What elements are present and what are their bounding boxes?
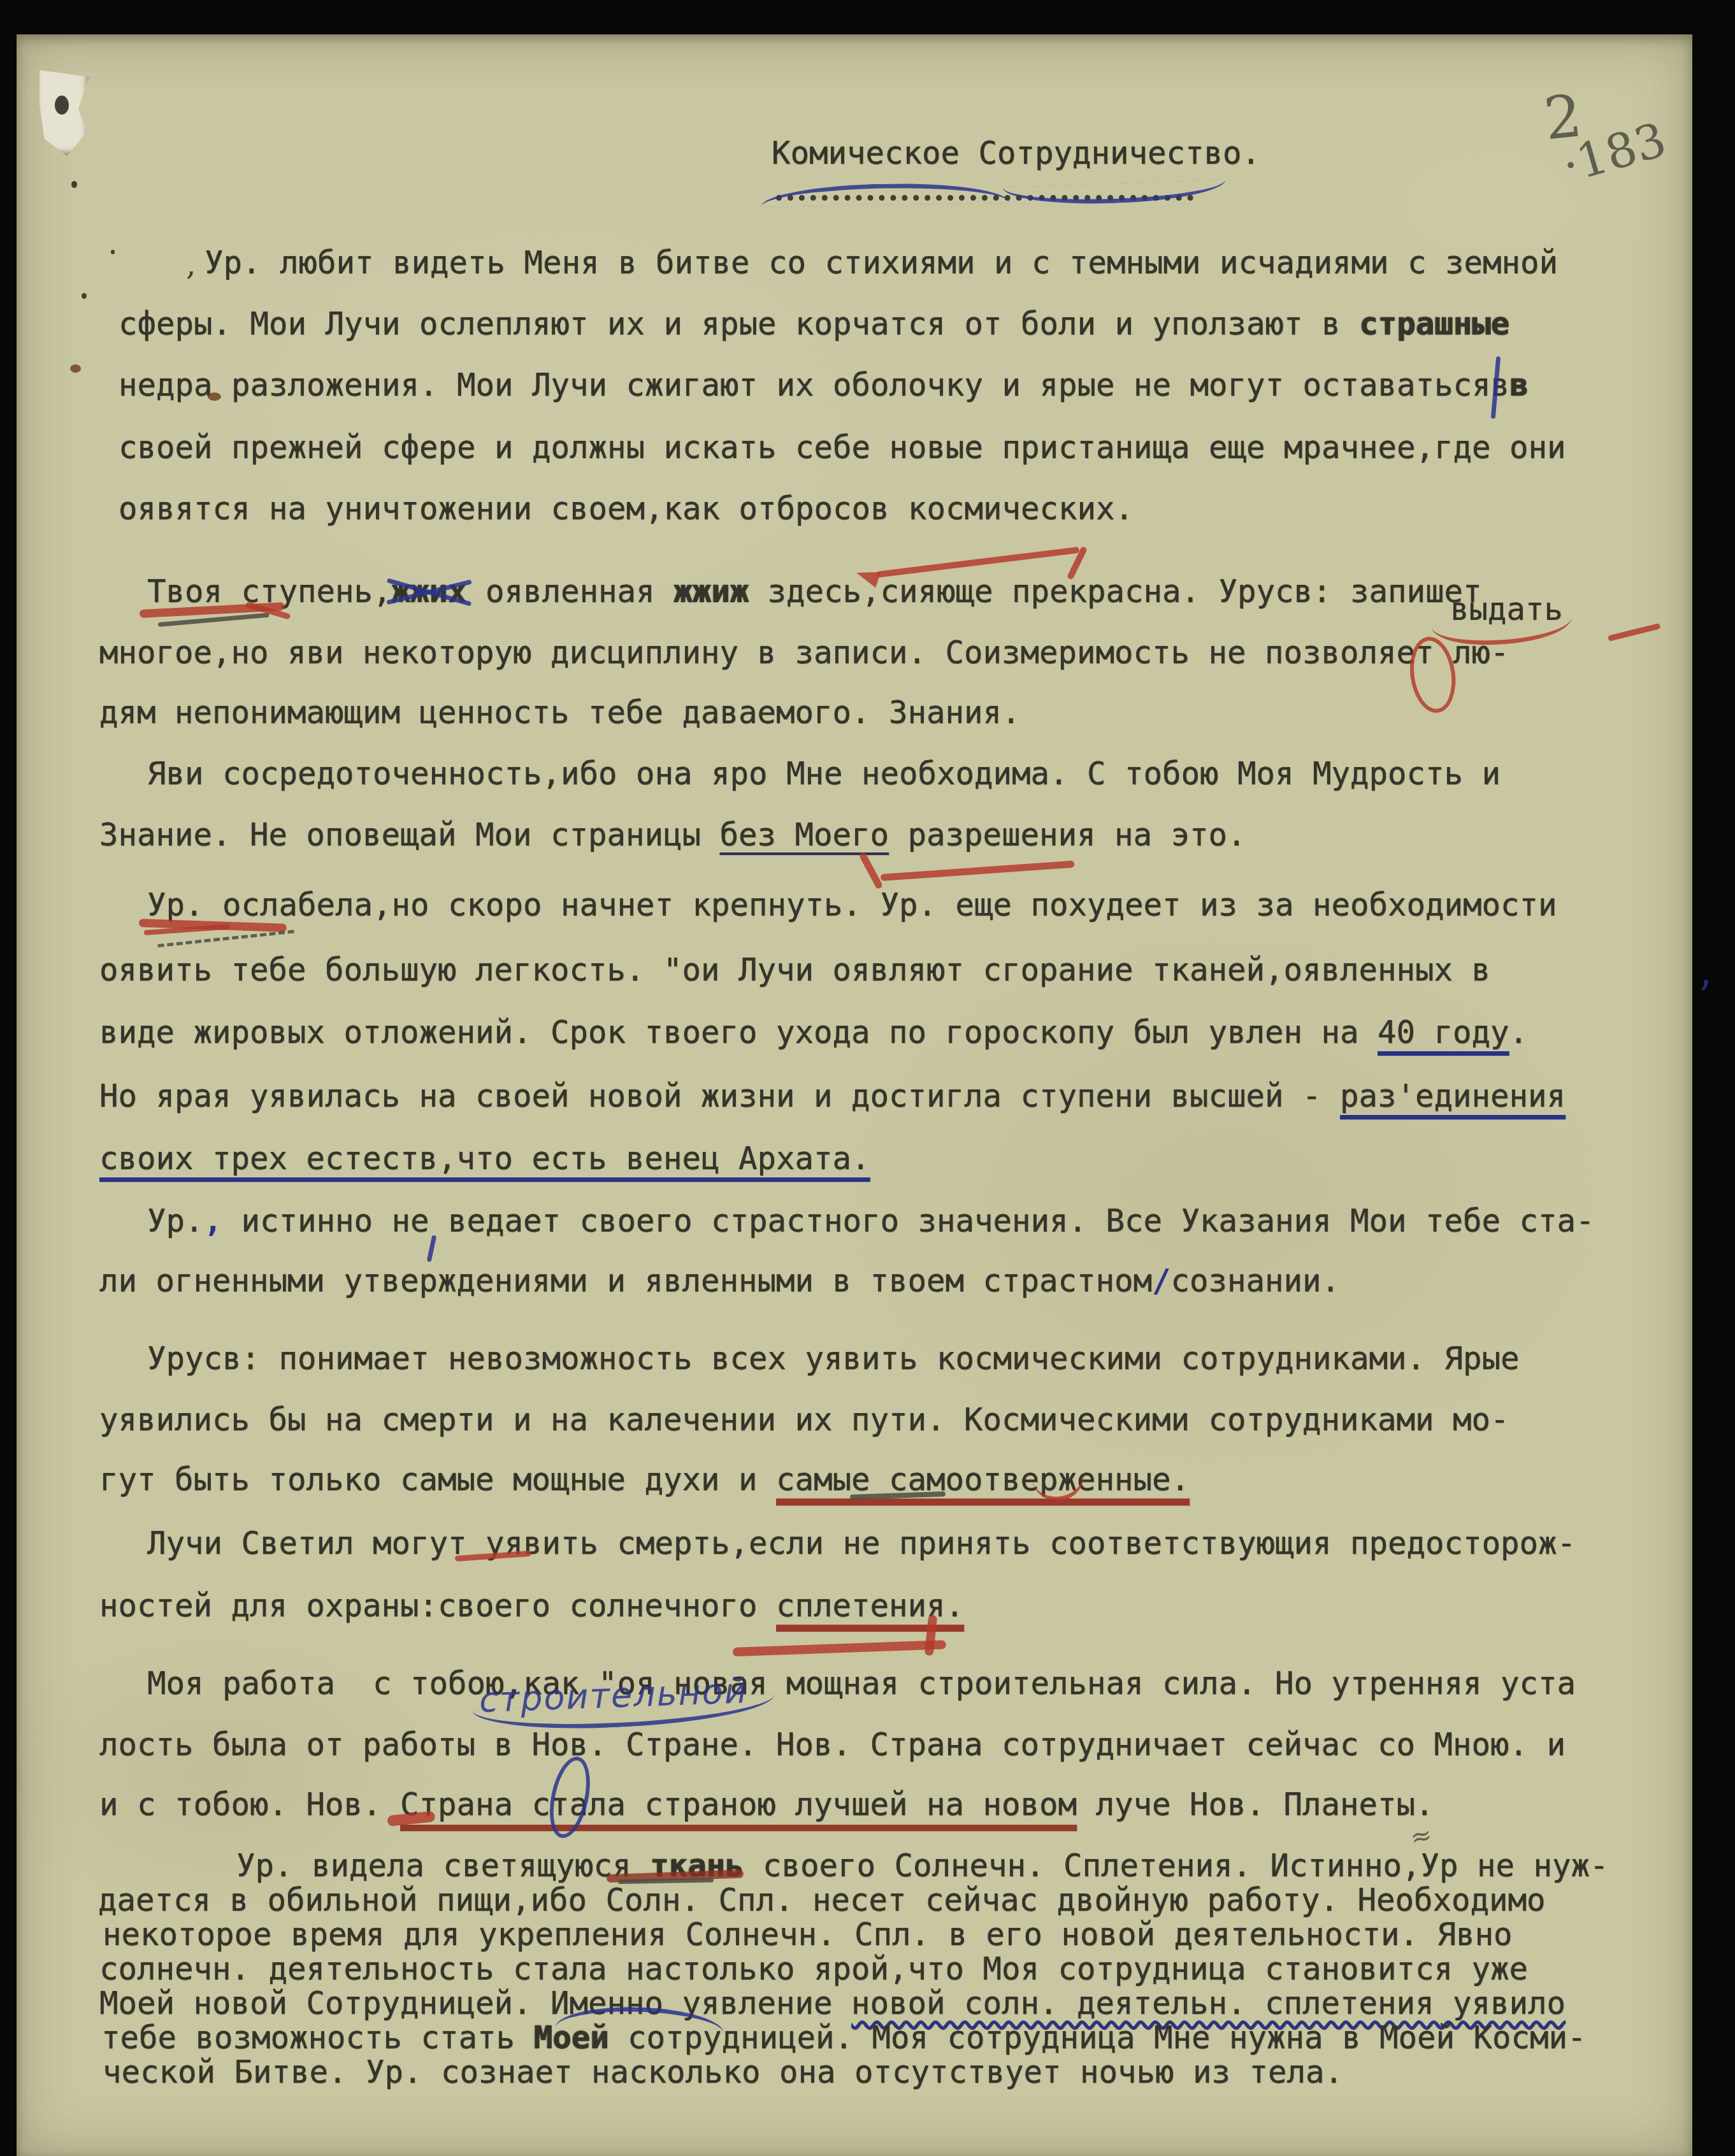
typed-segment-ubthin: без Моего	[720, 817, 889, 853]
typed-line: многое,но яви некоторую дисциплину в зап…	[99, 636, 1509, 670]
blue-comma-margin: ,	[1694, 949, 1713, 992]
paper-speck-5	[111, 250, 115, 254]
typed-line: оявятся на уничтожении своем,как отбросо…	[119, 492, 1134, 526]
typed-line: и с тобою. Нов. Страна стала страною луч…	[99, 1788, 1434, 1822]
typed-segment: Урусв: понимает невозможность всех уявит…	[147, 1340, 1520, 1377]
typed-segment: ческой Битве. Ур. сознает насколько она …	[103, 2054, 1343, 2090]
typed-segment-bi: ,	[204, 1203, 223, 1239]
typed-segment: гут быть только самые мощные духи и	[99, 1462, 776, 1498]
typed-segment: Моя работа с тобою,как "оя новая мощная …	[147, 1665, 1576, 1702]
typed-line: Урусв: понимает невозможность всех уявит…	[147, 1342, 1520, 1376]
typed-line: Моя работа с тобою,как "оя новая мощная …	[147, 1667, 1576, 1701]
red-swoosh-rise	[858, 851, 883, 889]
typed-segment: истинно не ведает своего страстного знач…	[222, 1203, 1595, 1239]
red-swoosh-shaft	[881, 861, 1075, 881]
typed-segment: недра разложения. Мои Лучи сжигают их об…	[119, 367, 1509, 403]
typed-segment: сознании.	[1171, 1263, 1341, 1299]
typed-line: Ур. ослабела,но скоро начнет крепнуть. У…	[147, 888, 1557, 923]
typed-line: Ур., истинно не ведает своего страстного…	[147, 1204, 1595, 1239]
typed-segment: Ур. ослабела,но скоро начнет крепнуть. У…	[147, 887, 1557, 923]
paper-speck-2	[82, 293, 87, 299]
typed-line: недра разложения. Мои Лучи сжигают их об…	[119, 368, 1529, 403]
typed-segment: сотрудницей. Моя сотрудница Мне нужна в …	[609, 2020, 1587, 2056]
typed-line: солнечн. деятельность стала настолько яр…	[99, 1952, 1528, 1987]
typed-line: ли огненными утверждениями и явленными в…	[99, 1264, 1340, 1298]
document-title: Комическое Сотрудничество.	[772, 135, 1260, 171]
typed-line: Знание. Не оповещай Мои страницы без Мое…	[99, 818, 1246, 852]
blue-insert-loop	[543, 1753, 596, 1841]
typed-segment-ub: 40 году	[1378, 1014, 1509, 1051]
red-bracket-bar	[733, 1640, 946, 1657]
typed-segment: Лучи Светил могут уявить смерть,если не …	[147, 1525, 1576, 1562]
typed-line: гут быть только самые мощные духи и самы…	[99, 1463, 1190, 1497]
typed-segment-ub: своих трех естеств,что есть венец Архата…	[99, 1140, 870, 1177]
typed-segment: тебе возможность стать	[101, 2020, 534, 2056]
typed-segment-b: страшные	[1359, 306, 1509, 342]
typed-line: дям непонимающим ценность тебе даваемого…	[99, 696, 1021, 730]
typed-line: ческой Битве. Ур. сознает насколько она …	[103, 2055, 1343, 2090]
typed-segment: дям непонимающим ценность тебе даваемого…	[99, 694, 1021, 731]
typed-segment: Моей новой Сотрудницей. Именно уявление	[99, 1985, 851, 2022]
typed-segment-ubw: новой солн. деятельн. сплетения уявило	[851, 1985, 1566, 2022]
typed-segment: Яви сосредоточенность,ибо она яро Мне не…	[147, 756, 1501, 792]
typed-segment-ur: самые самоотверженные.	[776, 1462, 1190, 1498]
scanned-document-screenshot: Комическое Сотрудничество. Ур. любит вид…	[0, 0, 1735, 2156]
typed-segment: луче Нов. Планеты.	[1077, 1786, 1434, 1823]
typed-segment: оявить тебе большую легкость. "ои Лучи о…	[99, 952, 1490, 988]
paper-speck-3	[70, 364, 81, 373]
typed-segment: некоторое время для укрепления Солнечн. …	[103, 1916, 1513, 1953]
paper-sheet: Комическое Сотрудничество. Ур. любит вид…	[17, 34, 1692, 2156]
typed-segment: оявятся на уничтожении своем,как отбросо…	[119, 491, 1134, 527]
typed-segment: солнечн. деятельность стала настолько яр…	[99, 1951, 1528, 1987]
typed-segment: оявленная	[467, 573, 674, 610]
typed-line: уявились бы на смерти и на калечении их …	[99, 1403, 1509, 1437]
typed-segment: Ур.	[147, 1203, 204, 1239]
typed-line: Твоя ступень,жжих оявленная жжиж здесь,с…	[147, 575, 1482, 609]
typed-segment: Но ярая уявилась на своей новой жизни и …	[99, 1078, 1340, 1114]
typed-segment: ли огненными утверждениями и явленными в…	[99, 1263, 1152, 1299]
typed-segment: своей прежней сфере и должны искать себе…	[119, 429, 1566, 466]
typed-line: своих трех естеств,что есть венец Архата…	[99, 1142, 870, 1176]
red-dash-lyu	[1608, 623, 1661, 642]
typed-segment: своего Солнечн. Сплетения. Истинно,Ур не…	[744, 1848, 1609, 1884]
typed-line: Лучи Светил могут уявить смерть,если не …	[147, 1527, 1576, 1561]
typed-segment: и с тобою. Нов.	[99, 1786, 400, 1823]
typed-segment: Ур. любит видеть Меня в битве со стихиям…	[205, 245, 1558, 281]
typed-line: тебе возможность стать Моей сотрудницей.…	[101, 2021, 1587, 2055]
typed-segment: ностей для охраны:своего солнечного	[99, 1588, 776, 1624]
typed-segment: .	[1509, 1014, 1529, 1051]
typed-line: дается в обильной пищи,ибо Солн. Спл. не…	[98, 1883, 1546, 1918]
typed-line: некоторое время для укрепления Солнечн. …	[103, 1918, 1513, 1952]
typed-segment: многое,но яви некоторую дисциплину в зап…	[99, 635, 1509, 671]
typed-segment-x: жжих	[392, 573, 467, 610]
typed-segment: уявились бы на смерти и на калечении их …	[99, 1402, 1509, 1438]
typed-segment: Ур. видела светящуюся	[236, 1848, 650, 1884]
typed-line: лость была от работы в Нов. Стране. Нов.…	[99, 1728, 1566, 1762]
typed-segment-b: жжиж	[673, 573, 749, 610]
typed-line: Ур. видела светящуюся ткань своего Солне…	[236, 1849, 1609, 1883]
typed-line: Но ярая уявилась на своей новой жизни и …	[99, 1079, 1566, 1114]
typed-line: Моей новой Сотрудницей. Именно уявление …	[99, 1987, 1566, 2021]
paper-speck-6	[55, 96, 69, 115]
typed-segment: виде жировых отложений. Срок твоего уход…	[99, 1014, 1378, 1051]
typed-segment-url2: Страна стала страною лучшей на новом	[400, 1786, 1077, 1823]
typed-line: сферы. Мои Лучи ослепляют их и ярые корч…	[119, 307, 1509, 341]
typed-segment: разрешения на это.	[889, 817, 1246, 853]
typed-line: оявить тебе большую легкость. "ои Лучи о…	[99, 953, 1490, 988]
paper-speck-4	[208, 392, 221, 401]
typed-segment-bi: /	[1152, 1263, 1171, 1299]
typed-line: виде жировых отложений. Срок твоего уход…	[99, 1016, 1528, 1050]
typed-line: своей прежней сфере и должны искать себе…	[119, 431, 1566, 465]
paper-speck-1	[71, 181, 77, 188]
typed-segment: Знание. Не оповещай Мои страницы	[99, 817, 720, 853]
typed-line: Яви сосредоточенность,ибо она яро Мне не…	[147, 757, 1501, 791]
typed-segment: лость была от работы в Нов. Стране. Нов.…	[99, 1727, 1566, 1763]
pencil-dash-ur	[157, 930, 294, 951]
typed-segment-b: в	[1509, 367, 1529, 403]
typed-line: ностей для охраны:своего солнечного спле…	[99, 1589, 964, 1623]
typed-segment-ub: раз'единения	[1340, 1078, 1566, 1114]
typed-line: Ур. любит видеть Меня в битве со стихиям…	[205, 246, 1558, 280]
typed-segment: дается в обильной пищи,ибо Солн. Спл. не…	[98, 1882, 1546, 1918]
stray-ink-mark: ,	[186, 248, 196, 280]
pencil-squiggle-ur: ≈	[1408, 1822, 1434, 1851]
typed-segment: сферы. Мои Лучи ослепляют их и ярые корч…	[119, 306, 1359, 342]
